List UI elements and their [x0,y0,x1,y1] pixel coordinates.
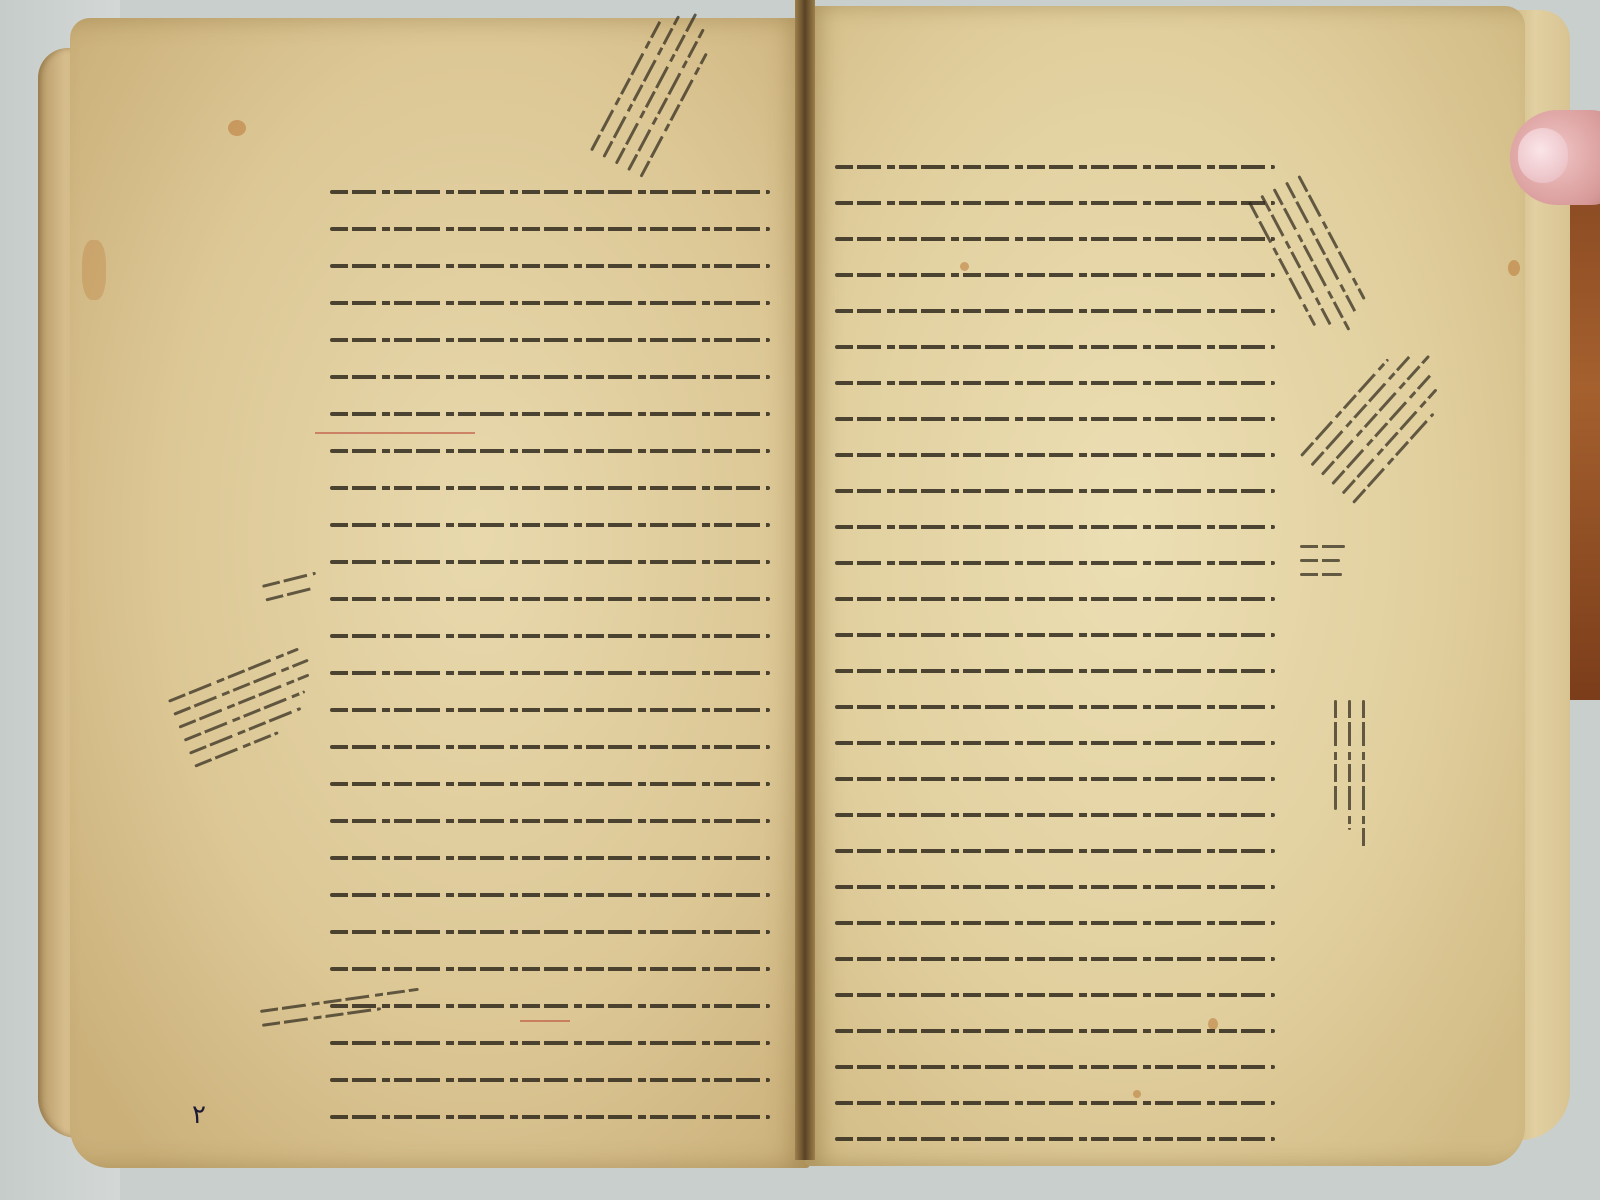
text-line [835,957,1275,961]
text-line [330,227,770,231]
text-line [330,560,770,564]
text-line [330,967,770,971]
text-line [330,671,770,675]
text-line [835,885,1275,889]
text-line [835,525,1275,529]
text-line [330,893,770,897]
text-line [835,237,1275,241]
text-line [330,634,770,638]
text-line [330,264,770,268]
note-line [1348,700,1351,830]
text-line [835,597,1275,601]
text-line [330,412,770,416]
fingernail [1518,128,1568,183]
text-line [330,190,770,194]
red-underline [315,432,475,434]
stain [82,240,106,300]
text-line [835,273,1275,277]
text-line [835,309,1275,313]
text-line [330,782,770,786]
right-margin-vertical-note [1323,700,1365,880]
text-line [835,993,1275,997]
text-line [330,301,770,305]
text-line [330,1041,770,1045]
text-line [835,345,1275,349]
text-line [835,417,1275,421]
text-line [835,813,1275,817]
note-line [1300,559,1340,562]
text-line [330,523,770,527]
text-line [835,561,1275,565]
text-line [835,1065,1275,1069]
stain [1508,260,1520,276]
text-line [835,489,1275,493]
text-line [330,708,770,712]
text-line [835,1137,1275,1141]
text-line [835,201,1275,205]
note-line [265,586,314,601]
text-line [835,381,1275,385]
text-line [835,633,1275,637]
note-line [1300,573,1342,576]
red-underline [520,1020,570,1022]
note-line [1300,545,1345,548]
page-number: ٢ [192,1100,206,1130]
text-line [330,449,770,453]
text-line [835,705,1275,709]
text-line [835,165,1275,169]
text-line [330,1115,770,1119]
text-line [330,597,770,601]
book-gutter [795,0,815,1160]
text-line [835,1101,1275,1105]
text-line [835,777,1275,781]
text-line [835,921,1275,925]
text-line [330,375,770,379]
text-line [330,856,770,860]
note-line [1334,700,1337,810]
text-line [835,849,1275,853]
right-page-main-text [835,165,1275,1173]
text-line [330,745,770,749]
text-line [835,1029,1275,1033]
text-line [330,486,770,490]
text-line [835,741,1275,745]
text-line [330,819,770,823]
note-line [1362,700,1365,850]
text-line [330,338,770,342]
text-line [330,1078,770,1082]
text-line [835,669,1275,673]
text-line [835,453,1275,457]
right-margin-short-notes [1300,545,1360,587]
stain [228,120,246,136]
text-line [330,930,770,934]
